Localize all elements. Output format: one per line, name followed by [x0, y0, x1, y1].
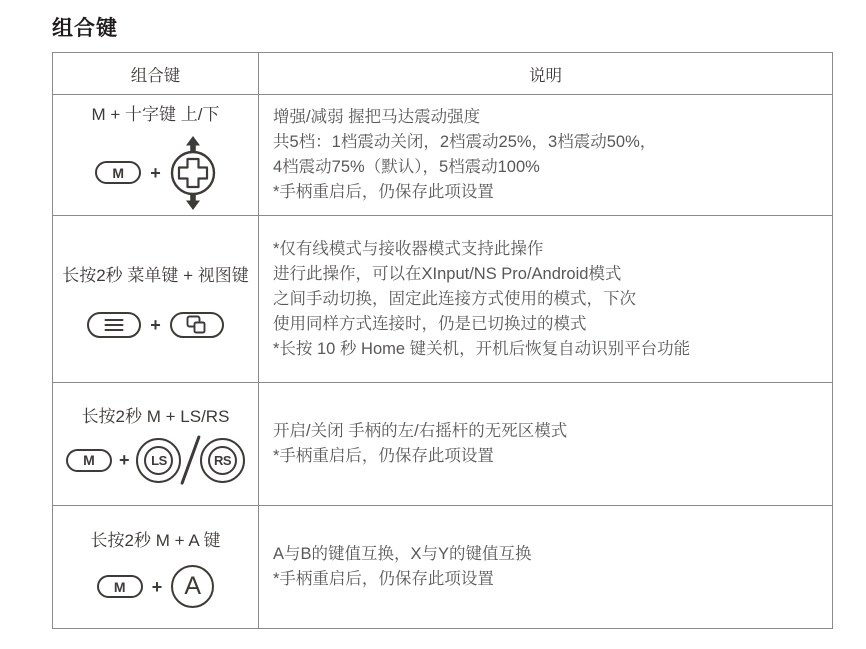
description-line: *手柄重启后，仍保存此项设置 [273, 567, 824, 592]
combo-cell-key-swap: 长按2秒 M + A 键 M + A [53, 506, 259, 629]
plus-sign: + [150, 316, 161, 334]
rs-stick-label: RS [208, 446, 237, 475]
description-cell: 开启/关闭 手柄的左/右摇杆的无死区模式 *手柄重启后，仍保存此项设置 [259, 383, 833, 506]
description-cell: A与B的键值互换，X与Y的键值互换 *手柄重启后，仍保存此项设置 [259, 506, 833, 629]
combo-cell-deadzone: 长按2秒 M + LS/RS M + LS RS [53, 383, 259, 506]
combo-key-table: 组合键 说明 M + 十字键 上/下 M + [52, 52, 833, 629]
description-line: *手柄重启后，仍保存此项设置 [273, 180, 824, 205]
combo-label: 长按2秒 菜单键 + 视图键 [62, 261, 249, 286]
description-line: 进行此操作，可以在XInput/NS Pro/Android模式 [273, 262, 824, 287]
table-row: 长按2秒 M + A 键 M + A A与B的键值互换，X与Y的键值互换 *手柄… [53, 506, 833, 629]
a-button-label: A [184, 572, 201, 601]
m-button-icon: M [95, 161, 141, 184]
dpad-up-down-icon [170, 135, 216, 211]
ls-stick-label: LS [144, 446, 173, 475]
description-line: 之间手动切换，固定此连接方式使用的模式，下次 [273, 287, 824, 312]
rs-stick-icon: RS [200, 438, 245, 483]
ls-stick-icon: LS [136, 438, 181, 483]
table-row: 长按2秒 M + LS/RS M + LS RS 开启/关闭 手柄的左/ [53, 383, 833, 506]
description-line: 增强/减弱 握把马达震动强度 [273, 105, 824, 130]
description-line: *手柄重启后，仍保存此项设置 [273, 444, 824, 469]
description-line: *仅有线模式与接收器模式支持此操作 [273, 237, 824, 262]
table-header-row: 组合键 说明 [53, 53, 833, 95]
m-button-icon: M [97, 575, 143, 598]
plus-sign: + [119, 451, 130, 469]
page-title: 组合键 [52, 12, 118, 42]
dpad-down-arrow-icon [186, 195, 200, 210]
m-button-label: M [112, 165, 124, 181]
description-cell: 增强/减弱 握把马达震动强度 共5档：1档震动关闭，2档震动25%，3档震动50… [259, 95, 833, 216]
description-line: 4档震动75%（默认），5档震动100% [273, 155, 824, 180]
view-button-icon [170, 312, 224, 338]
menu-button-icon [87, 312, 141, 338]
combo-cell-mode-switch: 长按2秒 菜单键 + 视图键 + [53, 216, 259, 383]
description-line: 开启/关闭 手柄的左/右摇杆的无死区模式 [273, 419, 824, 444]
header-description: 说明 [259, 53, 833, 95]
header-combo-key: 组合键 [53, 53, 259, 95]
dpad-up-arrow-icon [186, 136, 200, 151]
table-row: 长按2秒 菜单键 + 视图键 + [53, 216, 833, 383]
plus-sign: + [150, 164, 161, 182]
slash-divider [181, 435, 201, 485]
description-cell: *仅有线模式与接收器模式支持此操作 进行此操作，可以在XInput/NS Pro… [259, 216, 833, 383]
description-line: 使用同样方式连接时，仍是已切换过的模式 [273, 312, 824, 337]
combo-label: M + 十字键 上/下 [92, 100, 220, 125]
m-button-icon: M [66, 449, 112, 472]
m-button-label: M [114, 579, 126, 595]
description-line: A与B的键值互换，X与Y的键值互换 [273, 542, 824, 567]
description-line: *长按 10 秒 Home 键关机，开机后恢复自动识别平台功能 [273, 337, 824, 362]
plus-sign: + [152, 578, 163, 596]
combo-label: 长按2秒 M + LS/RS [82, 402, 230, 427]
table-row: M + 十字键 上/下 M + [53, 95, 833, 216]
combo-cell-vibration: M + 十字键 上/下 M + [53, 95, 259, 216]
combo-label: 长按2秒 M + A 键 [91, 526, 221, 551]
description-line: 共5档：1档震动关闭，2档震动25%，3档震动50%， [273, 130, 824, 155]
a-button-icon: A [171, 565, 214, 608]
m-button-label: M [83, 452, 95, 468]
